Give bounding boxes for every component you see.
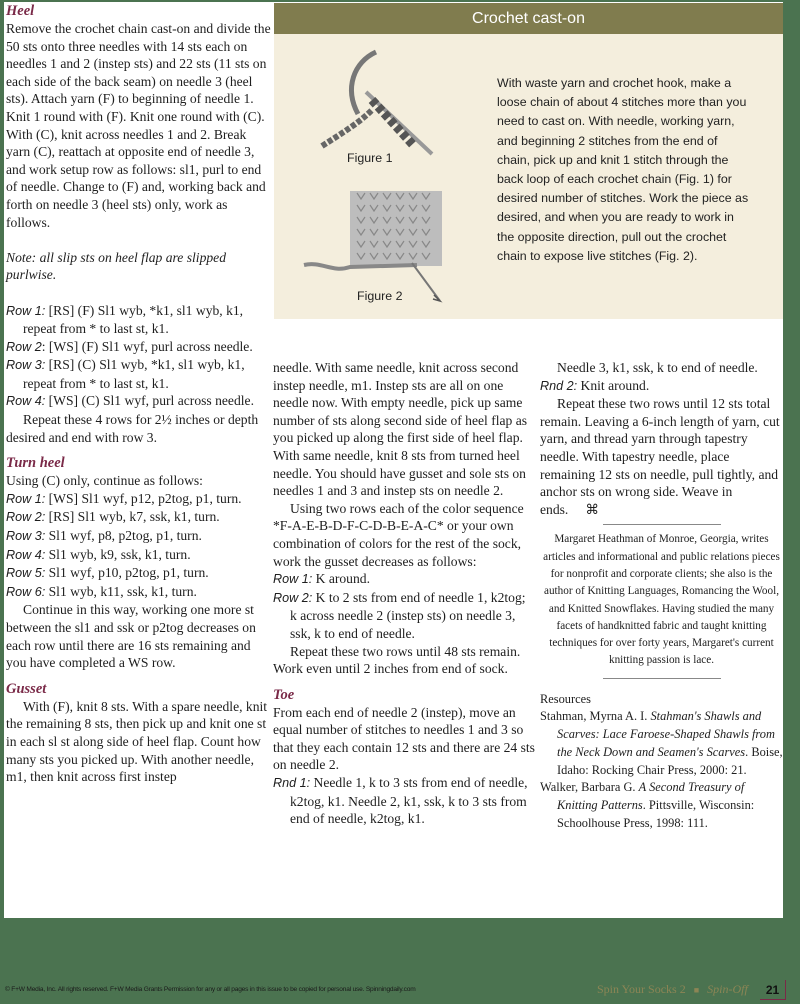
copyright-notice: © F+W Media, Inc. All rights reserved. F… xyxy=(5,986,416,993)
crochet-cast-on-sidebar: Crochet cast-on Figure 1 Figure 2 With w… xyxy=(274,3,783,319)
toe-heading: Toe xyxy=(273,686,535,704)
gusset-heading: Gusset xyxy=(6,680,272,698)
turn-heel-row-6: Row 6: Sl1 wyb, k11, ssk, k1, turn. xyxy=(6,583,272,602)
turn-heel-row-4: Row 4: Sl1 wyb, k9, ssk, k1, turn. xyxy=(6,546,272,565)
gusset-row-1: Row 1: K around. xyxy=(273,570,535,589)
turn-heel-row-3: Row 3: Sl1 wyf, p8, p2tog, p1, turn. xyxy=(6,527,272,546)
resource-item: Stahman, Myrna A. I. Stahman's Shawls an… xyxy=(540,708,783,779)
toe-rnd-1-continued: Needle 3, k1, ssk, k to end of needle. xyxy=(540,359,783,377)
column-3: Needle 3, k1, ssk, k to end of needle. R… xyxy=(540,359,783,832)
turn-heel-row-2: Row 2: [RS] Sl1 wyb, k7, ssk, k1, turn. xyxy=(6,508,272,527)
page-number: 21 xyxy=(760,980,786,1000)
divider-top xyxy=(603,524,721,525)
toe-rnd-2: Rnd 2: Knit around. xyxy=(540,377,783,396)
figure-1-caption: Figure 1 xyxy=(347,151,392,165)
heel-row-1: Row 1: [RS] (F) Sl1 wyb, *k1, sl1 wyb, k… xyxy=(6,302,272,338)
toe-body: From each end of needle 2 (instep), move… xyxy=(273,704,535,774)
turn-heel-heading: Turn heel xyxy=(6,454,272,472)
turn-heel-row-1: Row 1: [WS] Sl1 wyf, p12, p2tog, p1, tur… xyxy=(6,490,272,509)
heel-row-4: Row 4: [WS] (C) Sl1 wyf, purl across nee… xyxy=(6,392,272,411)
gusset-body-part2: needle. With same needle, knit across se… xyxy=(273,359,535,500)
gusset-color-sequence: Using two rows each of the color sequenc… xyxy=(273,500,535,570)
bullet-icon: ■ xyxy=(694,985,699,995)
running-footer: Spin Your Socks 2 ■ Spin-Off xyxy=(597,982,748,997)
heel-row-3: Row 3: [RS] (C) Sl1 wyb, *k1, sl1 wyb, k… xyxy=(6,356,272,392)
author-bio: Margaret Heathman of Monroe, Georgia, wr… xyxy=(540,531,783,669)
issue-title: Spin Your Socks 2 xyxy=(597,982,686,997)
figure-1-illustration xyxy=(314,48,434,158)
column-2: needle. With same needle, knit across se… xyxy=(273,359,535,828)
column-1: Heel Remove the crochet chain cast-on an… xyxy=(6,2,272,786)
sidebar-title: Crochet cast-on xyxy=(274,3,783,34)
heel-row-2: Row 2: [WS] (F) Sl1 wyf, purl across nee… xyxy=(6,338,272,357)
magazine-page: Heel Remove the crochet chain cast-on an… xyxy=(4,2,783,918)
heel-note: Note: all slip sts on heel flap are slip… xyxy=(6,249,272,284)
figure-2-caption: Figure 2 xyxy=(357,289,402,303)
heel-body: Remove the crochet chain cast-on and div… xyxy=(6,20,272,231)
toe-rnd-1: Rnd 1: Needle 1, k to 3 sts from end of … xyxy=(273,774,535,828)
gusset-repeat: Repeat these two rows until 48 sts remai… xyxy=(273,643,535,678)
toe-finish: Repeat these two rows until 12 sts total… xyxy=(540,395,783,518)
turn-heel-continue: Continue in this way, working one more s… xyxy=(6,601,272,671)
heel-heading: Heel xyxy=(6,2,272,20)
resource-item: Walker, Barbara G. A Second Treasury of … xyxy=(540,779,783,832)
sidebar-body: With waste yarn and crochet hook, make a… xyxy=(497,74,752,266)
gusset-row-2: Row 2: K to 2 sts from end of needle 1, … xyxy=(273,589,535,643)
end-mark-icon: ⌘ xyxy=(585,502,599,517)
gusset-body-part1: With (F), knit 8 sts. With a spare needl… xyxy=(6,698,272,786)
heel-repeat: Repeat these 4 rows for 2½ inches or dep… xyxy=(6,411,272,446)
resources-heading: Resources xyxy=(540,691,783,709)
magazine-name: Spin-Off xyxy=(707,982,748,997)
turn-heel-row-5: Row 5: Sl1 wyf, p10, p2tog, p1, turn. xyxy=(6,564,272,583)
turn-heel-intro: Using (C) only, continue as follows: xyxy=(6,472,272,490)
